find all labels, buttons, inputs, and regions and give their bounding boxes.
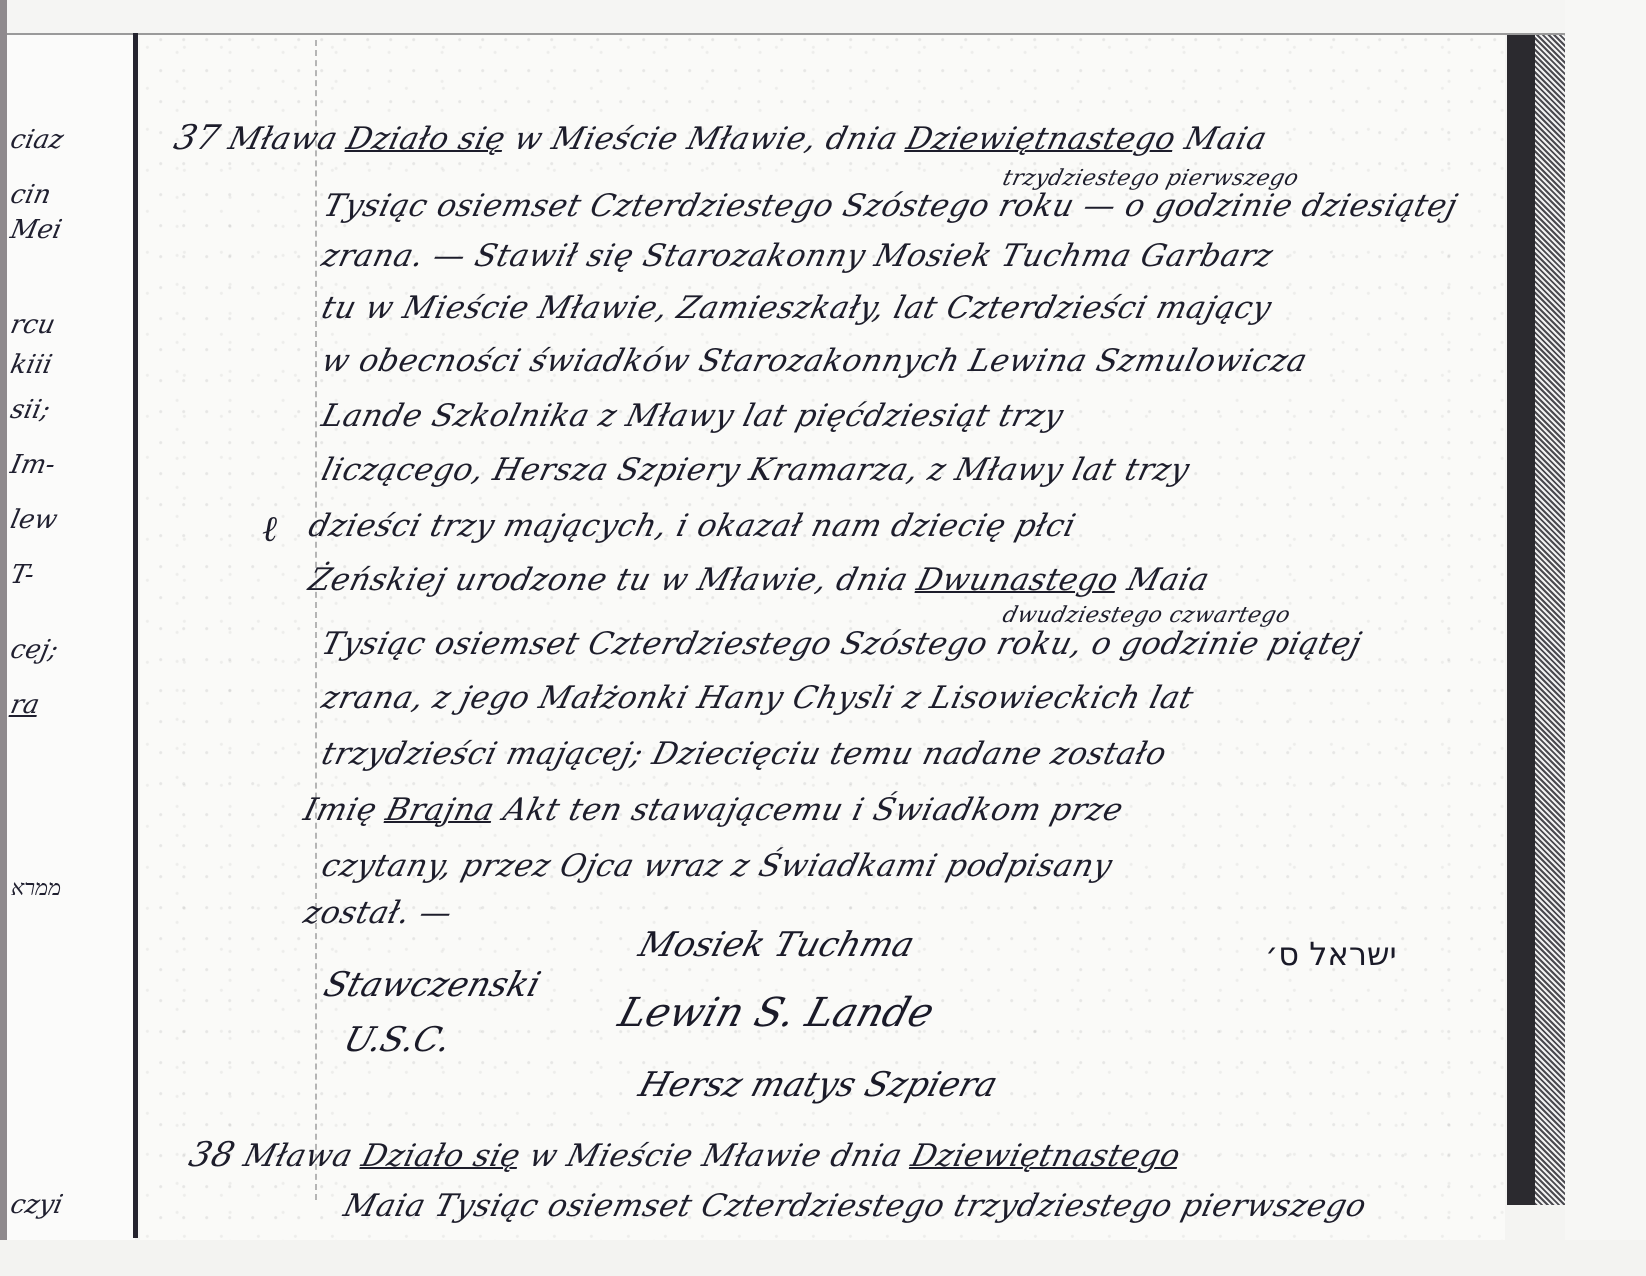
text-segment: w Mieście Mławie dnia xyxy=(515,1138,916,1174)
scan-right-margin xyxy=(1565,0,1646,1276)
scan-noise-band xyxy=(1535,35,1565,1205)
child-name: Brajna xyxy=(382,792,498,828)
record-line-10: Tysiąc osiemset Czterdziestego Szóstego … xyxy=(318,626,1365,662)
signature-father: Mosiek Tuchma xyxy=(634,925,919,965)
interlinear-insertion: dwudziestego czwartego xyxy=(1000,603,1293,628)
record-line-5: w obecności świadków Starozakonnych Lewi… xyxy=(318,343,1311,379)
record-line-8: dzieści trzy mających, i okazał nam dzie… xyxy=(305,508,1080,544)
margin-fragment: Im- xyxy=(8,450,58,480)
record-number: 37 xyxy=(170,118,224,158)
record-line-12: trzydzieści mającej; Dziecięciu temu nad… xyxy=(318,736,1170,772)
page-edge-shadow xyxy=(1507,35,1535,1205)
record-line-14: czytany, przez Ojca wraz z Świadkami pod… xyxy=(318,848,1116,884)
margin-fragment: T- xyxy=(8,560,37,590)
record-number: 38 xyxy=(185,1135,239,1175)
record-line-6: Lande Szkolnika z Mławy lat pięćdziesiąt… xyxy=(318,398,1067,434)
scan-top-margin xyxy=(0,0,1646,35)
signature-official-title: U.S.C. xyxy=(339,1020,455,1060)
record-line-1: 38 Mława Działo się w Mieście Mławie dni… xyxy=(185,1135,1185,1175)
margin-fragment: ciaz xyxy=(8,125,66,155)
signature-hebrew: ישראל ס׳ xyxy=(1265,935,1397,973)
margin-fragment: rcu xyxy=(8,310,58,340)
margin-fragment: sii; xyxy=(8,395,53,425)
margin-fragment: cin xyxy=(8,180,54,210)
record-line-15: został. — xyxy=(300,895,456,931)
margin-fragment: czyi xyxy=(8,1190,66,1220)
text-segment: Mława xyxy=(240,1138,367,1174)
margin-hebrew-fragment: ממרא xyxy=(11,875,61,901)
margin-fragment: kiii xyxy=(8,350,55,380)
record-line-11: zrana, z jego Małżonki Hany Chysli z Lis… xyxy=(318,680,1197,716)
underlined-date: Dziewiętnastego xyxy=(907,1138,1184,1174)
record-line-2: Maia Tysiąc osiemset Czterdziestego trzy… xyxy=(340,1188,1370,1224)
record-line-3: zrana. — Stawił się Starozakonny Mosiek … xyxy=(318,238,1277,274)
underlined-date: Dziewiętnastego xyxy=(903,121,1180,157)
signature-official: Stawczenski xyxy=(319,965,545,1005)
signature-witness-2: Hersz matys Szpiera xyxy=(634,1065,1002,1105)
text-segment: Żeńskiej urodzone tu w Mławie, dnia xyxy=(305,562,922,598)
left-facing-page: ciaz cin Mei rcu kiii sii; Im- lew T- ce… xyxy=(7,35,135,1270)
scan-bottom-margin xyxy=(0,1240,1646,1276)
binding-line xyxy=(133,33,138,1238)
record-line-1: 37 Mława Działo się w Mieście Mławie, dn… xyxy=(170,118,1271,158)
record-line-2: Tysiąc osiemset Czterdziestego Szóstego … xyxy=(320,188,1461,224)
text-segment: Mława xyxy=(225,121,352,157)
record-line-4: tu w Mieście Mławie, Zamieszkały, lat Cz… xyxy=(318,290,1275,326)
margin-mark: ℓ xyxy=(262,508,277,550)
underlined-date: Dwunastego xyxy=(913,562,1122,598)
text-segment: w Mieście Mławie, dnia xyxy=(500,121,911,157)
underlined-text: Działo się xyxy=(358,1138,524,1174)
signature-witness-1: Lewin S. Lande xyxy=(613,990,939,1036)
margin-fragment: Mei xyxy=(8,215,65,245)
left-page-edge xyxy=(0,0,7,1250)
record-line-7: liczącego, Hersza Szpiery Kramarza, z Mł… xyxy=(318,452,1193,488)
text-segment: Akt ten stawającemu i Świadkom prze xyxy=(489,792,1127,828)
underlined-text: Działo się xyxy=(343,121,509,157)
margin-fragment: ra xyxy=(8,690,42,720)
text-segment: Maia xyxy=(1171,121,1271,157)
margin-fragment: lew xyxy=(8,505,60,535)
margin-fragment: cej; xyxy=(8,635,61,665)
record-line-9: Żeńskiej urodzone tu w Mławie, dnia Dwun… xyxy=(305,562,1213,598)
record-line-13: Imię Brajna Akt ten stawającemu i Świadk… xyxy=(300,792,1127,828)
text-segment: Imię xyxy=(300,792,391,828)
text-segment: Maia xyxy=(1113,562,1213,598)
ruled-margin-line xyxy=(315,40,318,1200)
